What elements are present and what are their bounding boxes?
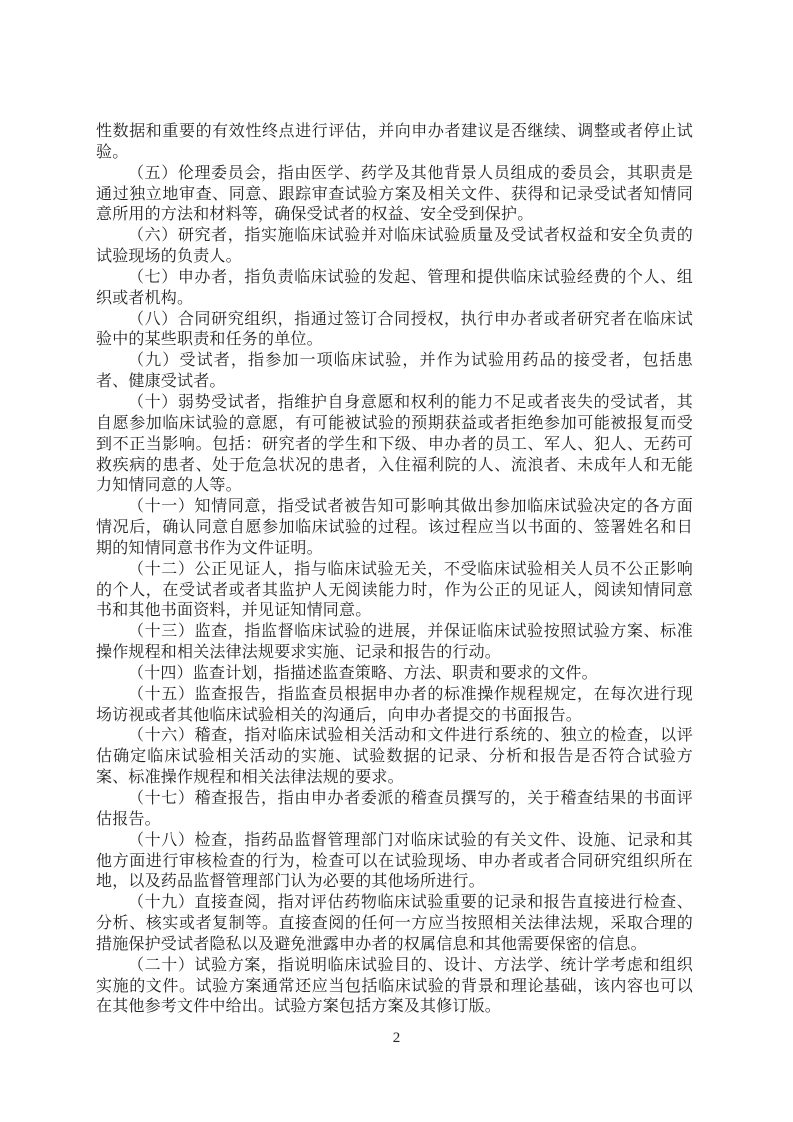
para-item-9: （九）受试者，指参加一项临床试验，并作为试验用药品的接受者，包括患者、健康受试者… [96,351,693,393]
para-item-11: （十一）知情同意，指受试者被告知可影响其做出参加临床试验决定的各方面情况后，确认… [96,497,693,560]
para-item-15: （十五）监查报告，指监查员根据申办者的标准操作规程规定，在每次进行现场访视或者其… [96,685,693,727]
para-item-13: （十三）监查，指监督临床试验的进展，并保证临床试验按照试验方案、标准操作规程和相… [96,622,693,664]
document-page: 性数据和重要的有效性终点进行评估，并向申办者建议是否继续、调整或者停止试验。 （… [0,0,793,1122]
para-item-16: （十六）稽查，指对临床试验相关活动和文件进行系统的、独立的检查，以评估确定临床试… [96,726,693,789]
para-item-10: （十）弱势受试者，指维护自身意愿和权利的能力不足或者丧失的受试者，其自愿参加临床… [96,393,693,497]
para-item-12: （十二）公正见证人，指与临床试验无关，不受临床试验相关人员不公正影响的个人，在受… [96,560,693,623]
para-item-7: （七）申办者，指负责临床试验的发起、管理和提供临床试验经费的个人、组织或者机构。 [96,268,693,310]
para-item-8: （八）合同研究组织，指通过签订合同授权，执行申办者或者研究者在临床试验中的某些职… [96,310,693,352]
para-item-20: （二十）试验方案，指说明临床试验目的、设计、方法学、统计学考虑和组织实施的文件。… [96,956,693,1019]
para-item-5: （五）伦理委员会，指由医学、药学及其他背景人员组成的委员会，其职责是通过独立地审… [96,164,693,227]
para-item-18: （十八）检查，指药品监督管理部门对临床试验的有关文件、设施、记录和其他方面进行审… [96,831,693,894]
page-content: 性数据和重要的有效性终点进行评估，并向申办者建议是否继续、调整或者停止试验。 （… [96,122,693,1018]
para-item-6: （六）研究者，指实施临床试验并对临床试验质量及受试者权益和安全负责的试验现场的负… [96,226,693,268]
para-item-17: （十七）稽查报告，指由申办者委派的稽查员撰写的，关于稽查结果的书面评估报告。 [96,789,693,831]
para-item-19: （十九）直接查阅，指对评估药物临床试验重要的记录和报告直接进行检查、分析、核实或… [96,893,693,956]
para-continuation: 性数据和重要的有效性终点进行评估，并向申办者建议是否继续、调整或者停止试验。 [96,122,693,164]
para-item-14: （十四）监查计划，指描述监查策略、方法、职责和要求的文件。 [96,664,693,685]
page-number: 2 [0,1030,793,1047]
